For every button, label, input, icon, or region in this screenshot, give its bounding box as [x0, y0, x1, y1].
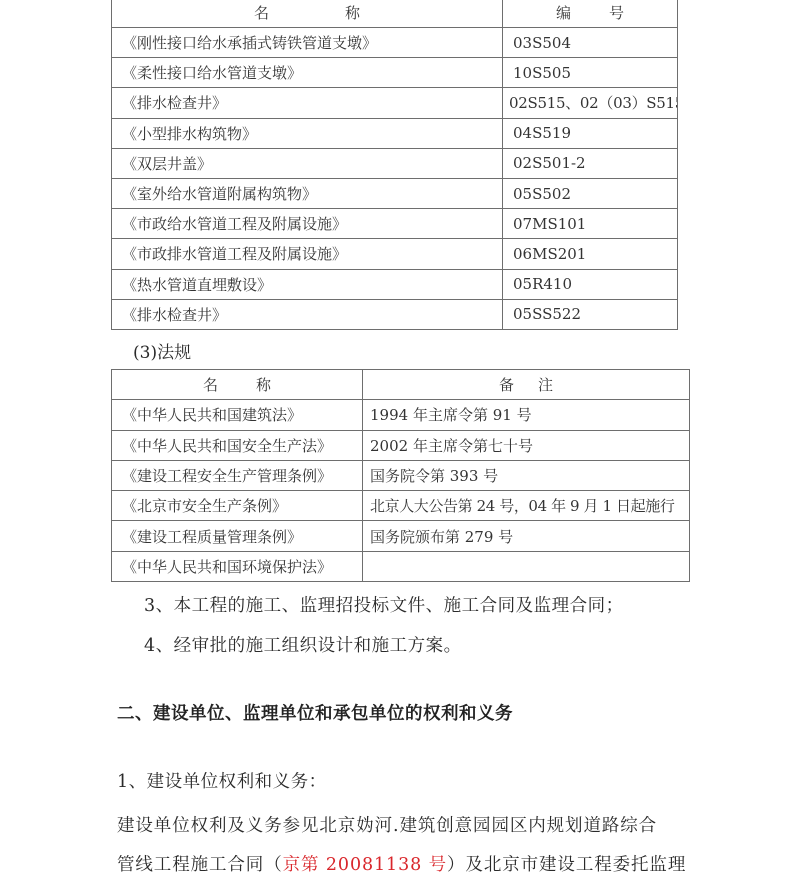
table-row: 《中华人民共和国环境保护法》 [112, 551, 690, 581]
standard-code: 04S519 [503, 118, 678, 148]
law-name: 《中华人民共和国建筑法》 [112, 400, 363, 430]
table-row: 《排水检查井》 02S515、02（03）S515 [112, 88, 678, 118]
standard-code: 02S515、02（03）S515 [503, 88, 678, 118]
standard-code: 07MS101 [503, 209, 678, 239]
header-note: 备注 [363, 370, 690, 400]
standard-code: 05R410 [503, 269, 678, 299]
table-row: 《排水检查井》 05SS522 [112, 299, 678, 329]
header-note-char-1: 备 [499, 376, 514, 394]
header-name-char-2: 称 [256, 376, 271, 394]
header-name: 名称 [112, 370, 363, 400]
standard-code: 05S502 [503, 178, 678, 208]
law-name: 《中华人民共和国安全生产法》 [112, 430, 363, 460]
law-note: 北京人大公告第 24 号，04 年 9 月 1 日起施行 [363, 491, 690, 521]
header-name-char-1: 名 [254, 4, 269, 22]
standard-name: 《市政给水管道工程及附属设施》 [112, 209, 503, 239]
standard-name: 《室外给水管道附属构筑物》 [112, 178, 503, 208]
paragraph-line-2-pre: 管线工程施工合同（ [117, 855, 283, 875]
contract-number-highlight: 京第 20081138 号 [283, 855, 447, 875]
standard-name: 《市政排水管道工程及附属设施》 [112, 239, 503, 269]
law-name: 《建设工程安全生产管理条例》 [112, 460, 363, 490]
standard-code: 05SS522 [503, 299, 678, 329]
header-name-char-1: 名 [203, 376, 218, 394]
paragraph-line-1: 建设单位权利及义务参见北京妫河.建筑创意园园区内规划道路综合 [117, 812, 657, 837]
header-code-char-1: 编 [556, 4, 571, 22]
table-row: 《中华人民共和国安全生产法》 2002 年主席令第七十号 [112, 430, 690, 460]
standard-code: 10S505 [503, 58, 678, 88]
table-row: 《北京市安全生产条例》 北京人大公告第 24 号，04 年 9 月 1 日起施行 [112, 491, 690, 521]
section-heading-2: 二、建设单位、监理单位和承包单位的权利和义务 [117, 700, 513, 725]
table-row: 《刚性接口给水承插式铸铁管道支墩》 03S504 [112, 28, 678, 58]
law-name: 《北京市安全生产条例》 [112, 491, 363, 521]
laws-section-label: (3)法规 [133, 338, 191, 363]
law-name: 《建设工程质量管理条例》 [112, 521, 363, 551]
standard-code: 06MS201 [503, 239, 678, 269]
table-row: 《热水管道直埋敷设》 05R410 [112, 269, 678, 299]
standard-name: 《刚性接口给水承插式铸铁管道支墩》 [112, 28, 503, 58]
standard-name: 《排水检查井》 [112, 88, 503, 118]
table-row: 《中华人民共和国建筑法》 1994 年主席令第 91 号 [112, 400, 690, 430]
table-row: 《双层井盖》 02S501-2 [112, 148, 678, 178]
subheading-owner-rights: 1、建设单位权利和义务： [117, 768, 327, 793]
law-note: 国务院令第 393 号 [363, 460, 690, 490]
table-row: 《市政给水管道工程及附属设施》 07MS101 [112, 209, 678, 239]
header-code: 编号 [503, 0, 678, 28]
table-row: 《小型排水构筑物》 04S519 [112, 118, 678, 148]
table-header-row: 名称 编号 [112, 0, 678, 28]
standard-name: 《排水检查井》 [112, 299, 503, 329]
law-note: 1994 年主席令第 91 号 [363, 400, 690, 430]
list-item-4: 4、经审批的施工组织设计和施工方案。 [144, 632, 462, 657]
standards-table: 名称 编号 《刚性接口给水承插式铸铁管道支墩》 03S504 《柔性接口给水管道… [111, 0, 678, 330]
table-header-row: 名称 备注 [112, 370, 690, 400]
list-item-3: 3、本工程的施工、监理招投标文件、施工合同及监理合同； [144, 592, 624, 617]
table-row: 《市政排水管道工程及附属设施》 06MS201 [112, 239, 678, 269]
law-note: 2002 年主席令第七十号 [363, 430, 690, 460]
table-row: 《柔性接口给水管道支墩》 10S505 [112, 58, 678, 88]
table-row: 《建设工程安全生产管理条例》 国务院令第 393 号 [112, 460, 690, 490]
header-code-char-2: 号 [609, 4, 624, 22]
standard-code: 02S501-2 [503, 148, 678, 178]
paragraph-line-2-post: ）及北京市建设工程委托监理 [447, 855, 686, 875]
table-row: 《室外给水管道附属构筑物》 05S502 [112, 178, 678, 208]
table-row: 《建设工程质量管理条例》 国务院颁布第 279 号 [112, 521, 690, 551]
header-note-char-2: 注 [538, 376, 553, 394]
header-name: 名称 [112, 0, 503, 28]
header-name-char-2: 称 [345, 4, 360, 22]
standard-name: 《热水管道直埋敷设》 [112, 269, 503, 299]
standard-name: 《小型排水构筑物》 [112, 118, 503, 148]
standard-name: 《双层井盖》 [112, 148, 503, 178]
law-note: 国务院颁布第 279 号 [363, 521, 690, 551]
laws-table: 名称 备注 《中华人民共和国建筑法》 1994 年主席令第 91 号 《中华人民… [111, 369, 690, 582]
standard-name: 《柔性接口给水管道支墩》 [112, 58, 503, 88]
standard-code: 03S504 [503, 28, 678, 58]
law-note [363, 551, 690, 581]
paragraph-line-2: 管线工程施工合同（京第 20081138 号）及北京市建设工程委托监理 [117, 851, 686, 876]
law-name: 《中华人民共和国环境保护法》 [112, 551, 363, 581]
